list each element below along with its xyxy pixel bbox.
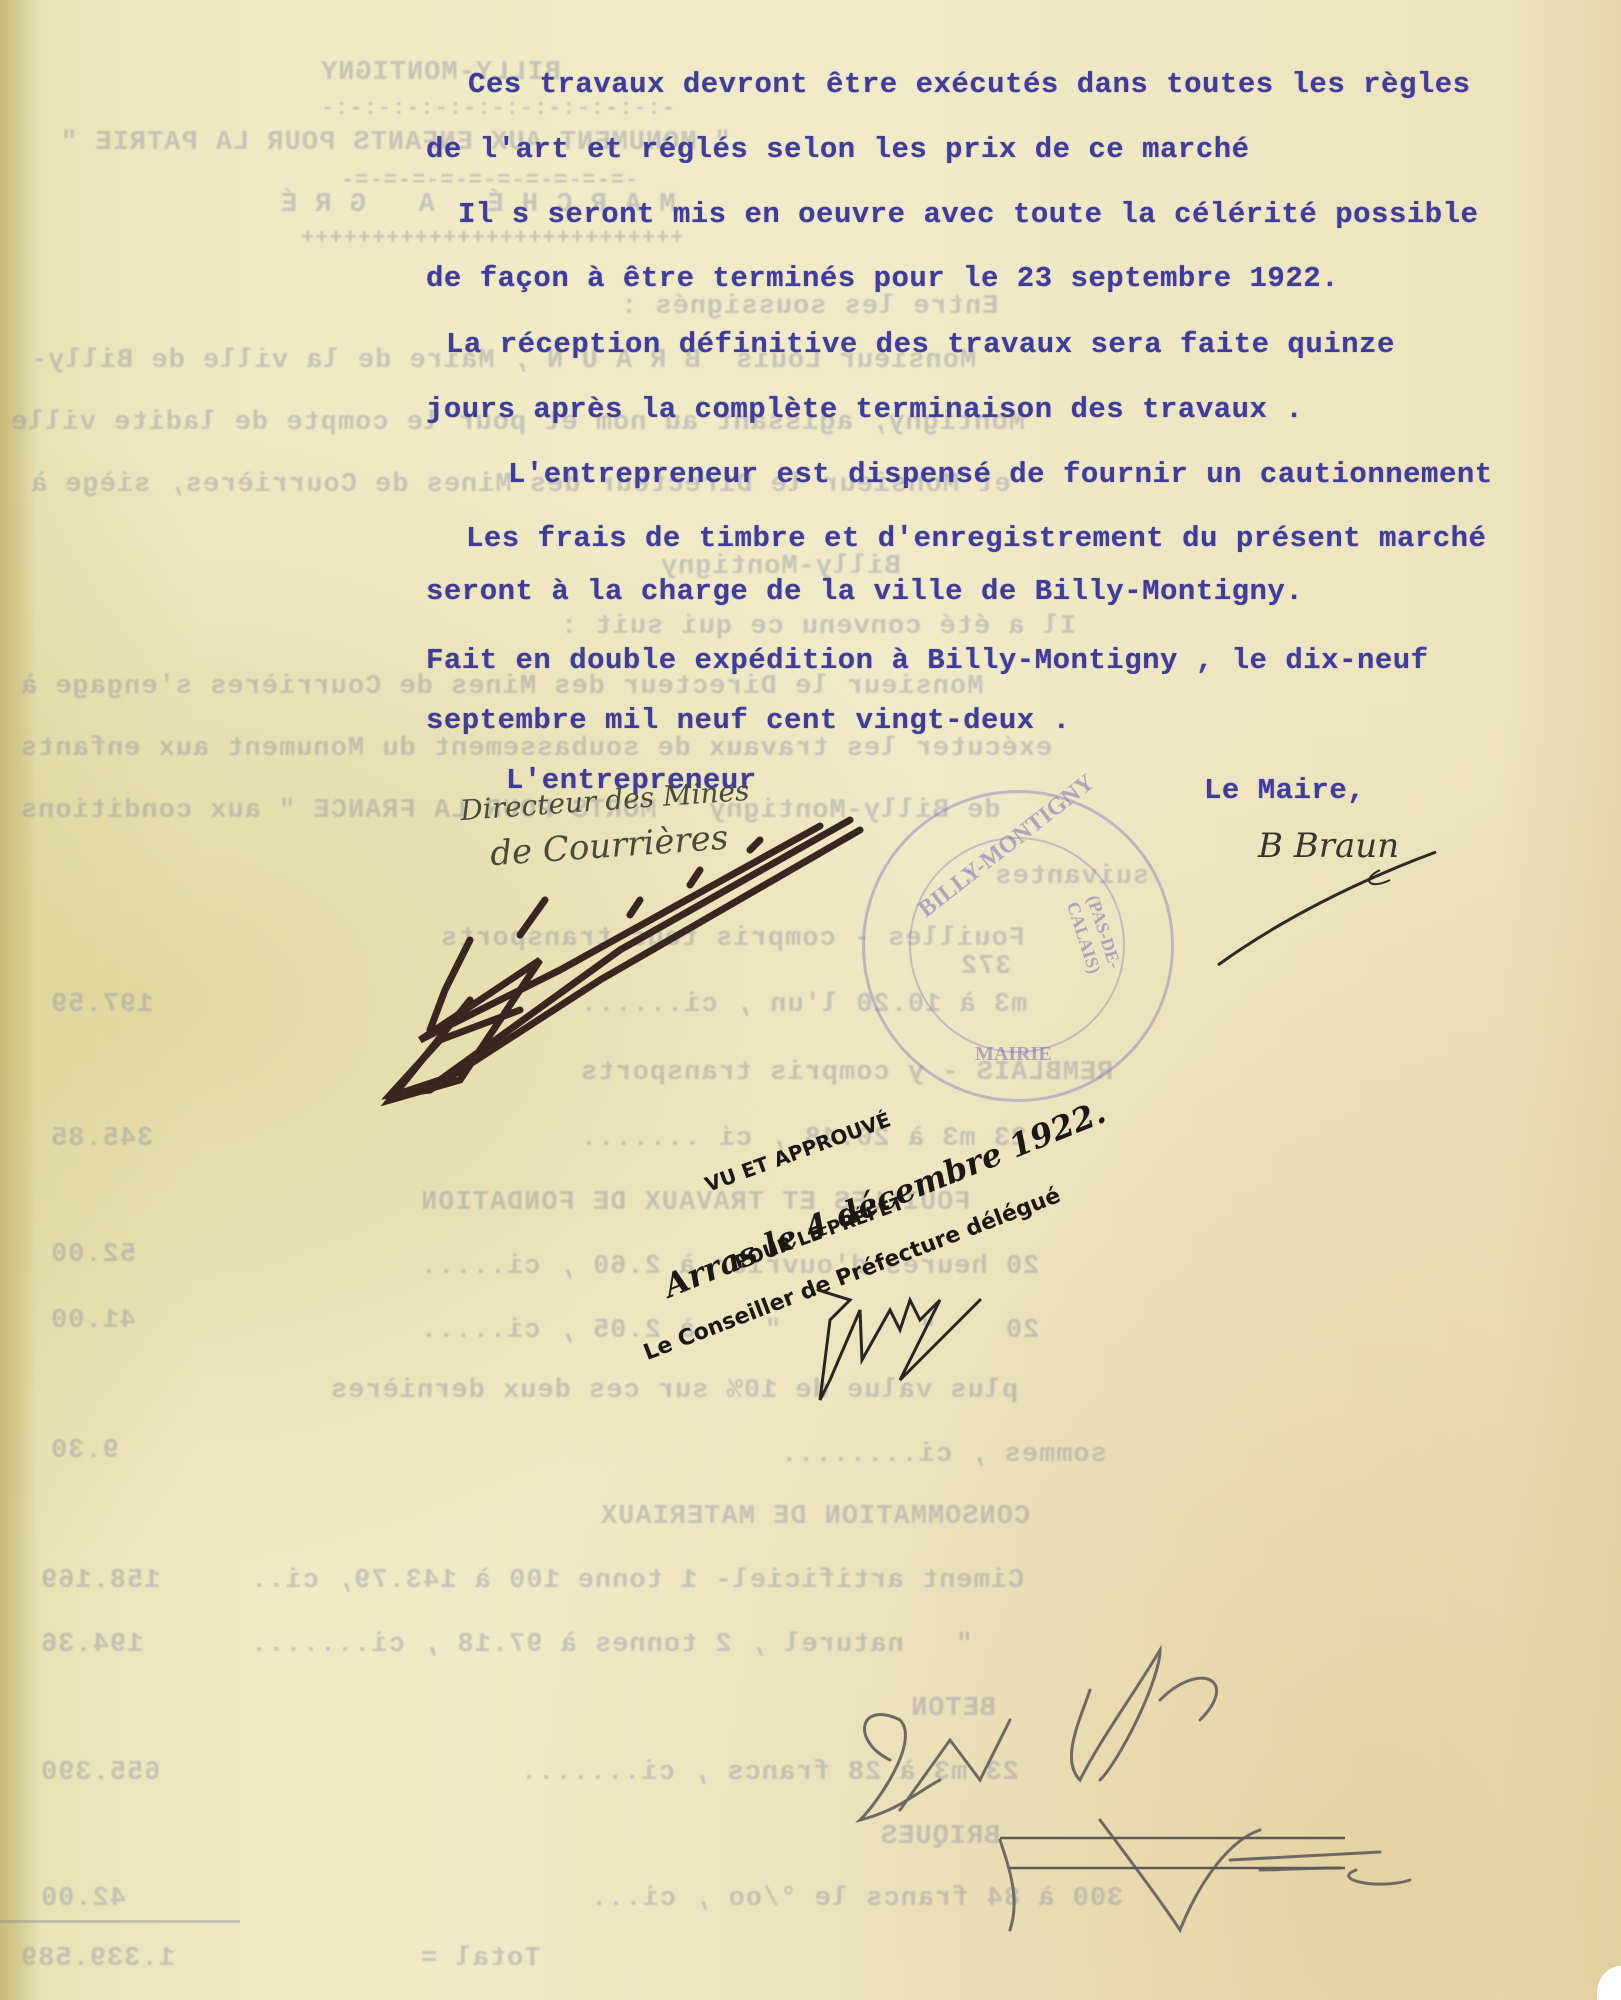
- document-page: BILLY-MONTIGNY -:-:-:-:-:-:-:-:-:-:-:-:-…: [0, 0, 1621, 2000]
- pencil-scribble-icon: [0, 0, 1621, 2000]
